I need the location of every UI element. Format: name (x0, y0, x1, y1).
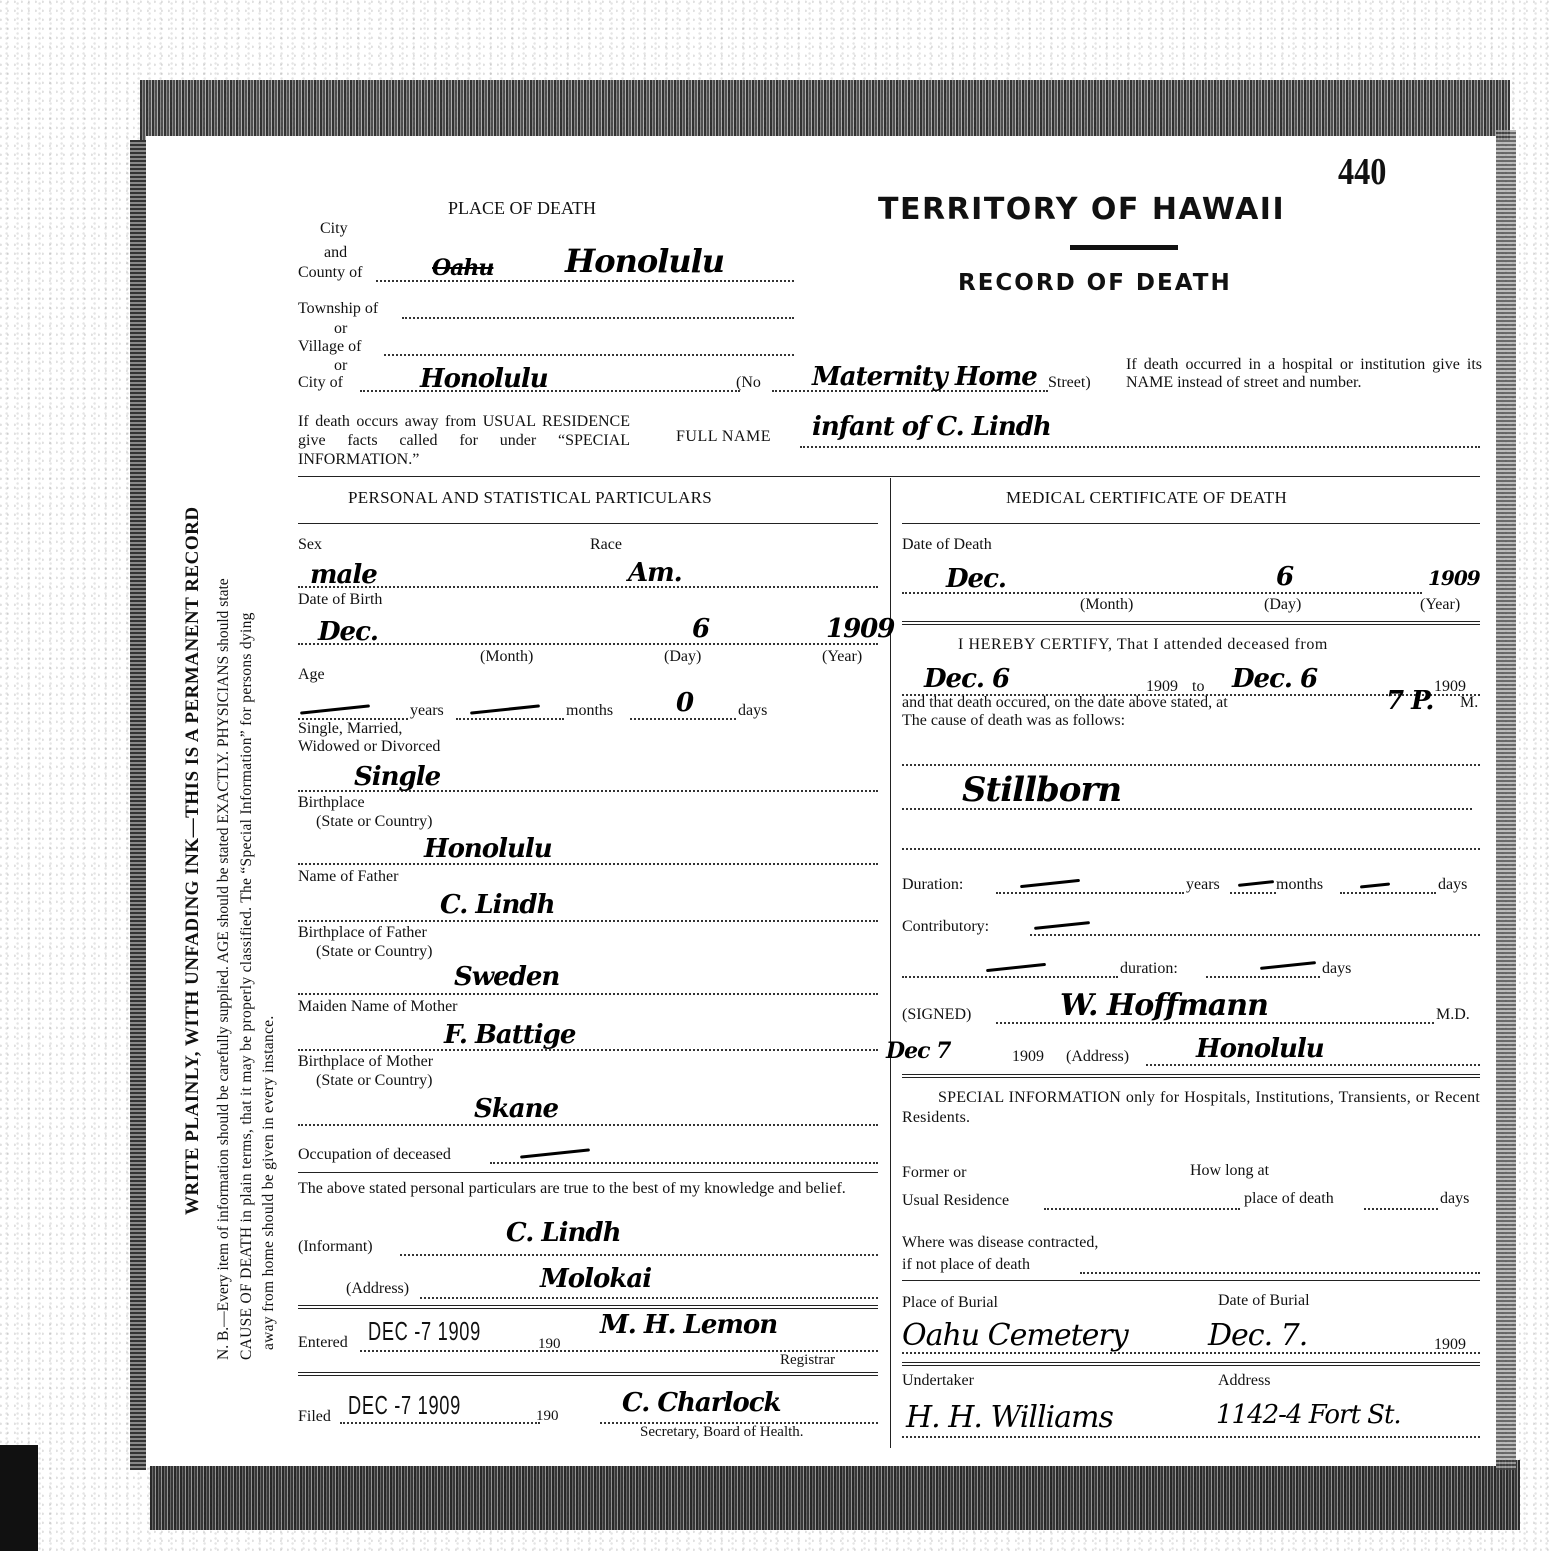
cause-intro: The cause of death was as follows: (902, 712, 1125, 730)
serial-number: 440 (1338, 150, 1386, 194)
city-value: Honolulu (420, 364, 548, 394)
city-of-label: City of (298, 374, 343, 392)
dob-month: Dec. (318, 617, 378, 647)
how-long-days-label: days (1440, 1190, 1469, 1208)
cause-of-death-value: Stillborn (962, 770, 1121, 810)
race-label: Race (590, 536, 622, 554)
scan-shadow-left (130, 140, 146, 1470)
undertaker-label: Undertaker (902, 1372, 974, 1390)
attestation-text: The above stated personal particulars ar… (298, 1180, 878, 1198)
duration-months-label: months (1276, 876, 1323, 894)
marital-label: Single, Married, (298, 720, 402, 738)
age-years-label: years (410, 702, 444, 720)
day-caption: (Day) (664, 648, 701, 666)
special-info-heading: SPECIAL INFORMATION only for Hospitals, … (902, 1088, 1480, 1128)
usual-residence-label: Usual Residence (902, 1192, 1009, 1210)
father-birthplace-label: Birthplace of Father (298, 924, 427, 942)
duration-days-label: days (1438, 876, 1467, 894)
dod-day-caption: (Day) (1264, 596, 1301, 614)
age-label: Age (298, 666, 325, 684)
burial-date-label: Date of Burial (1218, 1292, 1310, 1310)
entered-year-prefix: 190 (538, 1336, 561, 1353)
contributory-duration-label: duration: (1120, 960, 1178, 978)
registrar-signature: M. H. Lemon (600, 1310, 777, 1340)
death-time-suffix: M. (1460, 694, 1478, 712)
marital-value: Single (354, 762, 440, 792)
or-label: or (334, 320, 347, 338)
city-label: City (320, 220, 348, 238)
certify-text: I HEREBY CERTIFY, That I attended deceas… (958, 636, 1328, 654)
scan-shadow-bottom (150, 1460, 1520, 1530)
age-days-value: 0 (676, 688, 693, 718)
birthplace-value: Honolulu (424, 834, 552, 864)
physician-address-value: Honolulu (1196, 1034, 1324, 1064)
dod-month: Dec. (946, 564, 1006, 594)
mother-birthplace-label: Birthplace of Mother (298, 1053, 433, 1071)
dod-month-caption: (Month) (1080, 596, 1133, 614)
father-label: Name of Father (298, 868, 398, 886)
physician-address-label: (Address) (1066, 1048, 1129, 1066)
title-divider (1070, 245, 1178, 250)
dob-year: 1909 (826, 614, 894, 644)
month-caption: (Month) (480, 648, 533, 666)
county-value-struck: Oahu (432, 255, 493, 281)
dod-year: 1909 (1428, 566, 1480, 590)
former-residence-label: Former or (902, 1164, 966, 1182)
sex-label: Sex (298, 536, 322, 554)
street-no-label: (No (736, 374, 761, 392)
birthplace-label: Birthplace (298, 794, 365, 812)
township-label: Township of (298, 300, 378, 318)
year-caption: (Year) (822, 648, 862, 666)
scan-corner-block (0, 1448, 38, 1551)
filed-label: Filed (298, 1408, 331, 1426)
informant-value: C. Lindh (506, 1218, 620, 1248)
dob-label: Date of Birth (298, 591, 382, 609)
burial-place-value: Oahu Cemetery (902, 1318, 1128, 1353)
secretary-label: Secretary, Board of Health. (640, 1424, 804, 1441)
death-time-value: 7 P. (1386, 686, 1433, 716)
informant-address-label: (Address) (346, 1280, 409, 1298)
sex-value: male (310, 560, 377, 590)
attended-from: Dec. 6 (924, 664, 1009, 694)
usual-residence-note: If death occurs away from USUAL RESIDENC… (298, 412, 630, 469)
medical-heading: MEDICAL CERTIFICATE OF DEATH (1006, 488, 1287, 508)
father-birthplace-sub: (State or Country) (316, 943, 432, 961)
signed-year: 1909 (1012, 1048, 1044, 1066)
margin-warning: WRITE PLAINLY, WITH UNFADING INK—THIS IS… (182, 506, 204, 1215)
burial-year: 1909 (1434, 1336, 1466, 1354)
informant-address-value: Molokai (540, 1264, 651, 1294)
contributory-days-label: days (1322, 960, 1351, 978)
hospital-note: If death occurred in a hospital or insti… (1126, 356, 1482, 392)
mother-value: F. Battige (444, 1020, 575, 1050)
occupation-label: Occupation of deceased (298, 1146, 451, 1164)
dod-day: 6 (1276, 562, 1293, 592)
county-value: Honolulu (565, 242, 724, 280)
full-name-value: infant of C. Lindh (812, 412, 1051, 442)
mother-birthplace-sub: (State or Country) (316, 1072, 432, 1090)
personal-heading: PERSONAL AND STATISTICAL PARTICULARS (348, 488, 712, 508)
undertaker-value: H. H. Williams (906, 1400, 1113, 1435)
entered-stamp: DEC -7 1909 (368, 1316, 481, 1347)
mother-birthplace-value: Skane (474, 1094, 558, 1124)
father-value: C. Lindh (440, 890, 554, 920)
undertaker-address-value: 1142-4 Fort St. (1216, 1400, 1401, 1430)
and-label: and (324, 244, 347, 262)
father-birthplace-value: Sweden (454, 962, 559, 992)
race-value: Am. (628, 558, 682, 588)
street-label: Street) (1048, 374, 1091, 392)
dod-year-caption: (Year) (1420, 596, 1460, 614)
duration-years-label: years (1186, 876, 1220, 894)
registrar-label: Registrar (780, 1352, 835, 1369)
attended-to: Dec. 6 (1232, 664, 1317, 694)
filed-stamp: DEC -7 1909 (348, 1390, 461, 1421)
or-label: or (334, 357, 347, 375)
county-label: County of (298, 264, 362, 282)
mother-label: Maiden Name of Mother (298, 998, 458, 1016)
signed-label: (SIGNED) (902, 1006, 971, 1024)
dod-label: Date of Death (902, 536, 992, 554)
street-value: Maternity Home (812, 362, 1037, 392)
secretary-signature: C. Charlock (622, 1388, 781, 1418)
where-contracted-label-2: if not place of death (902, 1256, 1030, 1274)
duration-label: Duration: (902, 876, 963, 894)
signed-date: Dec 7 (886, 1038, 950, 1064)
place-of-death-heading: PLACE OF DEATH (448, 198, 596, 219)
where-contracted-label: Where was disease contracted, (902, 1234, 1098, 1252)
margin-note-line-3: away from home should be given in every … (260, 1015, 278, 1350)
contributory-label: Contributory: (902, 918, 989, 936)
birthplace-sub: (State or Country) (316, 813, 432, 831)
age-months-label: months (566, 702, 613, 720)
scan-shadow-top (140, 80, 1510, 140)
dob-day: 6 (692, 614, 709, 644)
informant-label: (Informant) (298, 1238, 373, 1256)
document-title: TERRITORY OF HAWAII (878, 192, 1285, 227)
how-long-label: How long at (1190, 1162, 1269, 1180)
age-days-label: days (738, 702, 767, 720)
margin-note-line-1: N. B.—Every item of information should b… (215, 578, 233, 1360)
village-label: Village of (298, 338, 361, 356)
burial-place-label: Place of Burial (902, 1294, 998, 1312)
physician-signature: W. Hoffmann (1060, 988, 1268, 1023)
entered-label: Entered (298, 1334, 348, 1352)
burial-date-value: Dec. 7. (1208, 1318, 1307, 1353)
marital-label-2: Widowed or Divorced (298, 738, 440, 756)
margin-note-line-2: CAUSE OF DEATH in plain terms, that it m… (238, 612, 256, 1360)
place-of-death-label: place of death (1244, 1190, 1334, 1208)
document-subtitle: RECORD OF DEATH (958, 270, 1232, 296)
filed-year-prefix: 190 (536, 1408, 559, 1425)
full-name-label: FULL NAME (676, 428, 771, 446)
death-time-text: and that death occured, on the date abov… (902, 694, 1228, 712)
md-label: M.D. (1436, 1006, 1470, 1024)
undertaker-address-label: Address (1218, 1372, 1270, 1390)
scan-shadow-right (1496, 130, 1516, 1470)
